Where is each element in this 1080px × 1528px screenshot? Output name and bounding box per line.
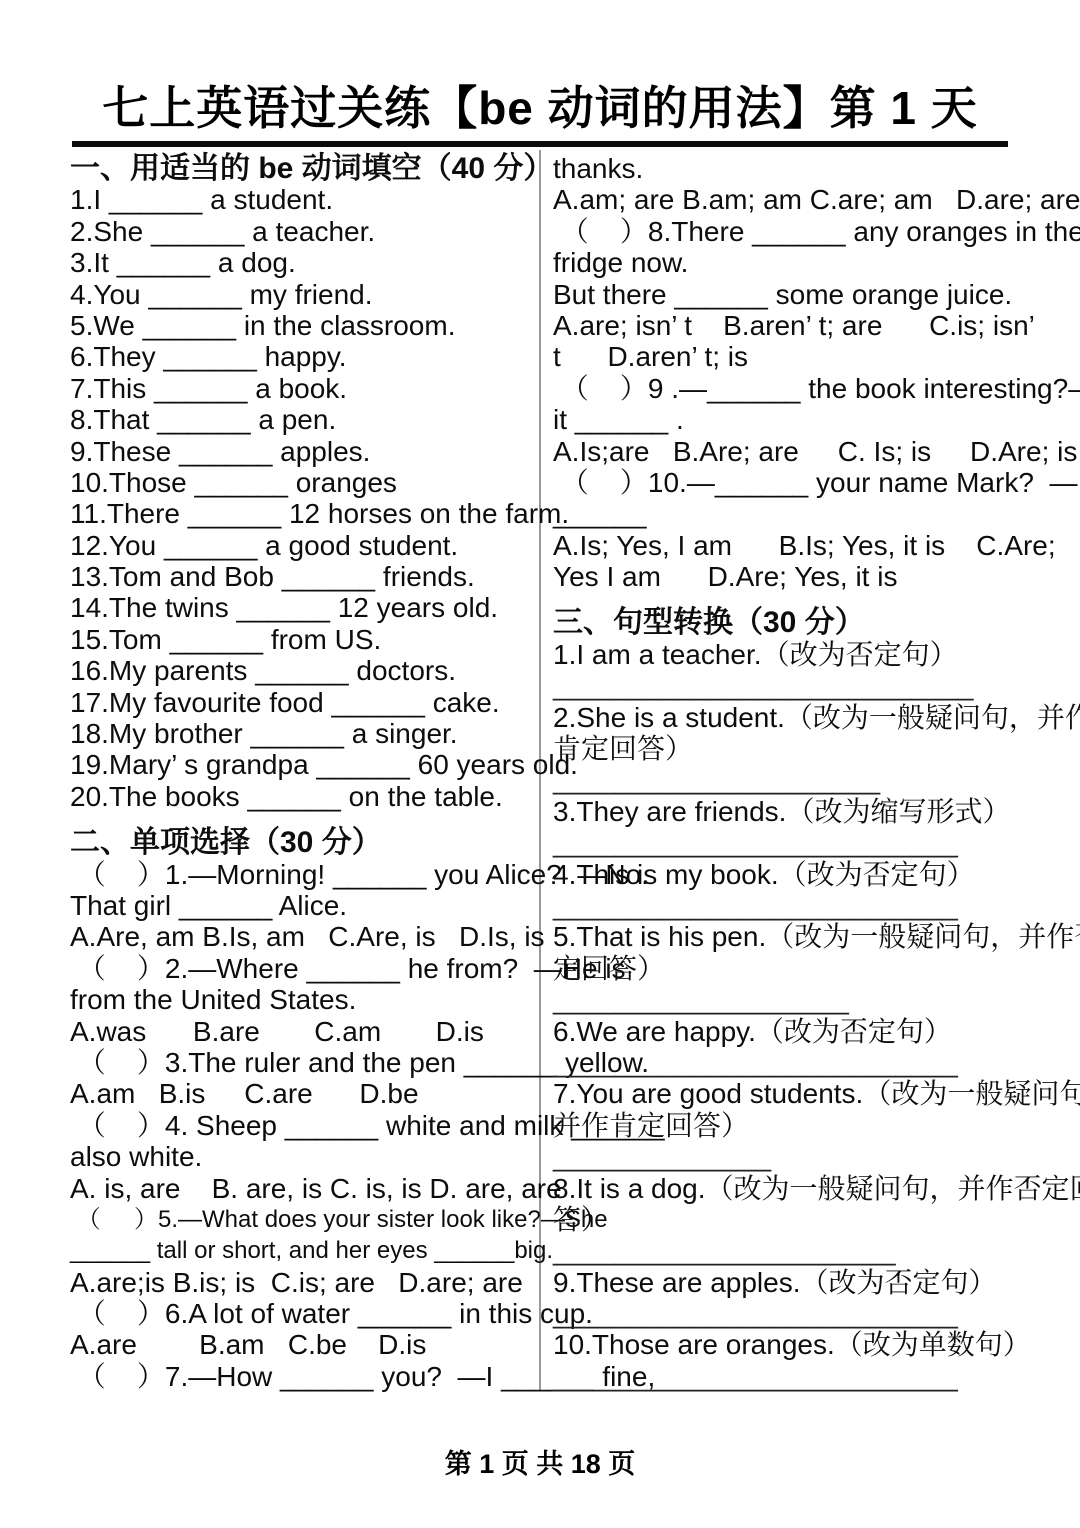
text-line: 8.That ______ a pen. — [70, 404, 538, 435]
text-line: A.am; are B.am; am C.are; am D.are; are — [553, 184, 1005, 215]
answer-blank-line: __________________________ — [553, 1047, 1005, 1078]
text-line: 1.I ______ a student. — [70, 184, 538, 215]
text-line: 6.We are happy.（改为否定句） — [553, 1016, 1005, 1047]
text-line: 10.Those ______ oranges — [70, 467, 538, 498]
text-line: 1.I am a teacher.（改为否定句） — [553, 639, 1005, 670]
text-line: 7.This ______ a book. — [70, 373, 538, 404]
worksheet-page: 七上英语过关练【be 动词的用法】第 1 天 一、用适当的 be 动词填空（40… — [0, 0, 1080, 1528]
text-line: A.Is;are B.Are; are C. Is; is D.Are; is — [553, 436, 1005, 467]
text-line: thanks. — [553, 153, 1005, 184]
answer-blank-line: __________________________ — [553, 890, 1005, 921]
text-line: （ ）7.—How ______ you? —I ______ fine, — [70, 1361, 538, 1392]
text-line: 7.You are good students.（改为一般疑问句， — [553, 1078, 1005, 1109]
text-line: 9.These ______ apples. — [70, 436, 538, 467]
text-line: （ ）5.—What does your sister look like?—S… — [70, 1204, 538, 1235]
text-line: 6.They ______ happy. — [70, 341, 538, 372]
text-line: A.are B.am C.be D.is — [70, 1329, 538, 1360]
text-line: 15.Tom ______ from US. — [70, 624, 538, 655]
text-line: 2.She is a student.（改为一般疑问句，并作 — [553, 702, 1005, 733]
text-line: But there ______ some orange juice. — [553, 279, 1005, 310]
text-line: （ ）6.A lot of water ______ in this cup. — [70, 1298, 538, 1329]
section-heading: 一、用适当的 be 动词填空（40 分） — [70, 153, 538, 184]
answer-blank-line: __________________________ — [553, 827, 1005, 858]
text-line: ______ tall or short, and her eyes _____… — [70, 1235, 538, 1266]
section-heading: 二、单项选择（30 分） — [70, 827, 538, 858]
text-line: （ ）4. Sheep ______ white and milk ______ — [70, 1110, 538, 1141]
text-line: 2.She ______ a teacher. — [70, 216, 538, 247]
answer-blank-line: ______________ — [553, 1141, 1005, 1172]
text-line: （ ）10.—______ your name Mark? — — [553, 467, 1005, 498]
text-line: 8.It is a dog.（改为一般疑问句，并作否定回 — [553, 1173, 1005, 1204]
right-column: thanks.A.am; are B.am; am C.are; am D.ar… — [553, 153, 1005, 1392]
text-line: （ ）1.—Morning! ______ you Alice? —No. — [70, 859, 538, 890]
answer-blank-line: __________________________ — [553, 1298, 1005, 1329]
answer-blank-line: __________________________ — [553, 1361, 1005, 1392]
text-line: 3.They are friends.（改为缩写形式） — [553, 796, 1005, 827]
text-line: 19.Mary’ s grandpa ______ 60 years old. — [70, 749, 538, 780]
answer-blank-line: ___________________________ — [553, 670, 1005, 701]
text-line: 9.These are apples.（改为否定句） — [553, 1267, 1005, 1298]
text-line: 18.My brother ______ a singer. — [70, 718, 538, 749]
text-line: 5.We ______ in the classroom. — [70, 310, 538, 341]
page-number: 第 1 页 共 18 页 — [0, 1442, 1080, 1481]
text-line: A.Is; Yes, I am B.Is; Yes, it is C.Are; — [553, 530, 1005, 561]
text-line: 并作肯定回答） — [553, 1110, 1005, 1141]
text-line: A. is, are B. are, is C. is, is D. are, … — [70, 1173, 538, 1204]
text-line: 4.This is my book.（改为否定句） — [553, 859, 1005, 890]
text-line: 答） — [553, 1204, 1005, 1235]
text-line: t D.aren’ t; is — [553, 341, 1005, 372]
section-heading: 三、句型转换（30 分） — [553, 607, 1005, 638]
text-line: （ ）8.There ______ any oranges in the — [553, 216, 1005, 247]
text-line: 16.My parents ______ doctors. — [70, 655, 538, 686]
text-line: 3.It ______ a dog. — [70, 247, 538, 278]
text-line: from the United States. — [70, 984, 538, 1015]
text-line: 10.Those are oranges.（改为单数句） — [553, 1329, 1005, 1360]
text-line: That girl ______ Alice. — [70, 890, 538, 921]
text-line: 肯定回答） — [553, 733, 1005, 764]
text-line: 5.That is his pen.（改为一般疑问句，并作否 — [553, 921, 1005, 952]
text-line: 14.The twins ______ 12 years old. — [70, 592, 538, 623]
text-line: 13.Tom and Bob ______ friends. — [70, 561, 538, 592]
text-line: 12.You ______ a good student. — [70, 530, 538, 561]
text-line: fridge now. — [553, 247, 1005, 278]
text-line: also white. — [70, 1141, 538, 1172]
text-line: it ______ . — [553, 404, 1005, 435]
page-title: 七上英语过关练【be 动词的用法】第 1 天 — [0, 72, 1080, 138]
text-line: A.was B.are C.am D.is — [70, 1016, 538, 1047]
text-line: ______ — [553, 498, 1005, 529]
text-line: A.Are, am B.Is, am C.Are, is D.Is, is — [70, 921, 538, 952]
title-divider-rule — [72, 141, 1008, 147]
left-column: 一、用适当的 be 动词填空（40 分）1.I ______ a student… — [70, 153, 538, 1392]
text-line: 4.You ______ my friend. — [70, 279, 538, 310]
text-line: A.are;is B.is; is C.is; are D.are; are — [70, 1267, 538, 1298]
text-line: 定回答） — [553, 953, 1005, 984]
text-line: 20.The books ______ on the table. — [70, 781, 538, 812]
answer-blank-line: ______________________ — [553, 1235, 1005, 1266]
answer-blank-line: _____________________ — [553, 764, 1005, 795]
text-line: 11.There ______ 12 horses on the farm. — [70, 498, 538, 529]
answer-blank-line: ___________________ — [553, 984, 1005, 1015]
text-line: A.am B.is C.are D.be — [70, 1078, 538, 1109]
text-line: Yes I am D.Are; Yes, it is — [553, 561, 1005, 592]
text-line: 17.My favourite food ______ cake. — [70, 687, 538, 718]
text-line: A.are; isn’ t B.aren’ t; are C.is; isn’ — [553, 310, 1005, 341]
text-line: （ ）2.—Where ______ he from? —He is — [70, 953, 538, 984]
text-line: （ ）9 .—______ the book interesting?—Yes, — [553, 373, 1005, 404]
text-line: （ ）3.The ruler and the pen ______ yellow… — [70, 1047, 538, 1078]
